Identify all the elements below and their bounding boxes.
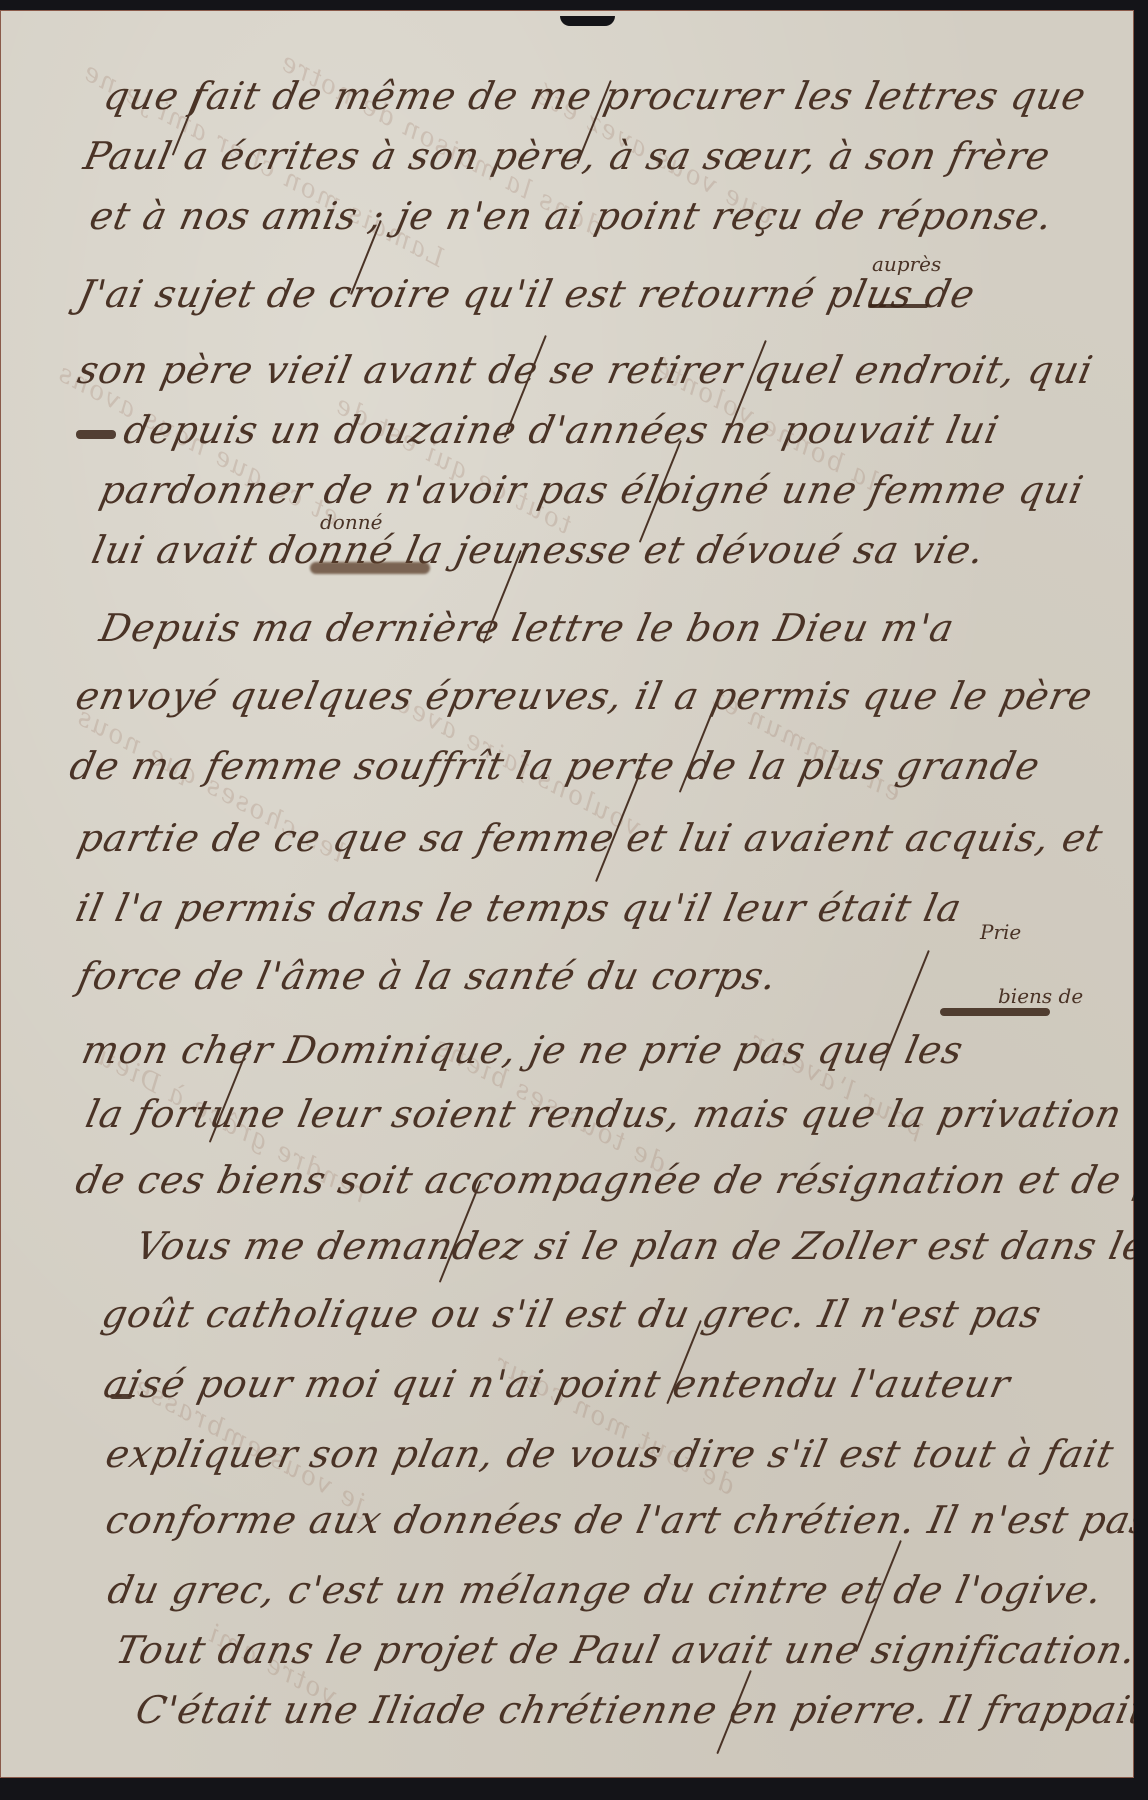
manuscript-line-12: partie de ce que sa femme et lui avaient…: [74, 816, 1107, 860]
manuscript-line-3: et à nos amis ; je n'en ai point reçu de…: [86, 194, 1057, 238]
manuscript-line-7: pardonner de n'avoir pas éloigné une fem…: [96, 468, 1088, 512]
manuscript-scan: Lamais mon cher ami je ne dans la maison…: [0, 0, 1148, 1800]
manuscript-line-1: que fait de même de me procurer les lett…: [100, 74, 1090, 118]
strikethrough-mark: [868, 304, 928, 308]
interlinear-insertion-3: biens de: [998, 984, 1083, 1008]
manuscript-line-9: Depuis ma dernière lettre le bon Dieu m'…: [96, 606, 959, 650]
strikethrough-mark: [76, 430, 116, 439]
manuscript-line-2: Paul a écrites à son père, à sa sœur, à …: [80, 134, 1055, 178]
manuscript-line-23: du grec, c'est un mélange du cintre et d…: [104, 1568, 1107, 1612]
manuscript-line-10: envoyé quelques épreuves, il a permis qu…: [72, 674, 1097, 718]
manuscript-line-20: aisé pour moi qui n'ai point entendu l'a…: [100, 1362, 1015, 1406]
manuscript-line-6: depuis un douzaine d'années ne pouvait l…: [120, 408, 1003, 452]
manuscript-line-5: son père vieil avant de se retirer quel …: [74, 348, 1097, 392]
manuscript-line-18: Vous me demandez si le plan de Zoller es…: [132, 1224, 1134, 1268]
manuscript-line-4: J'ai sujet de croire qu'il est retourné …: [74, 272, 979, 316]
manuscript-line-24: Tout dans le projet de Paul avait une si…: [112, 1628, 1134, 1672]
strikethrough-mark: [940, 1008, 1050, 1016]
manuscript-line-17: de ces biens soit accompagnée de résigna…: [72, 1158, 1134, 1202]
paper-tear: [560, 16, 615, 26]
manuscript-line-21: expliquer son plan, de vous dire s'il es…: [102, 1432, 1118, 1476]
manuscript-line-13: il l'a permis dans le temps qu'il leur é…: [72, 886, 966, 930]
manuscript-line-19: goût catholique ou s'il est du grec. Il …: [98, 1292, 1046, 1336]
manuscript-line-14: force de l'âme à la santé du corps.: [74, 954, 781, 998]
manuscript-line-15: mon cher Dominique, je ne prie pas que l…: [78, 1028, 968, 1072]
manuscript-line-11: de ma femme souffrît la perte de la plus…: [66, 744, 1044, 788]
manuscript-page: Lamais mon cher ami je ne dans la maison…: [0, 10, 1134, 1778]
manuscript-line-22: conforme aux données de l'art chrétien. …: [102, 1498, 1134, 1542]
manuscript-line-8: lui avait donné la jeunesse et dévoué sa…: [88, 528, 989, 572]
marginal-insertion: Prie: [980, 920, 1021, 944]
ink-smudge: [310, 562, 430, 574]
manuscript-line-25: C'était une Iliade chrétienne en pierre.…: [132, 1688, 1134, 1732]
manuscript-line-16: la fortune leur soient rendus, mais que …: [82, 1092, 1126, 1136]
